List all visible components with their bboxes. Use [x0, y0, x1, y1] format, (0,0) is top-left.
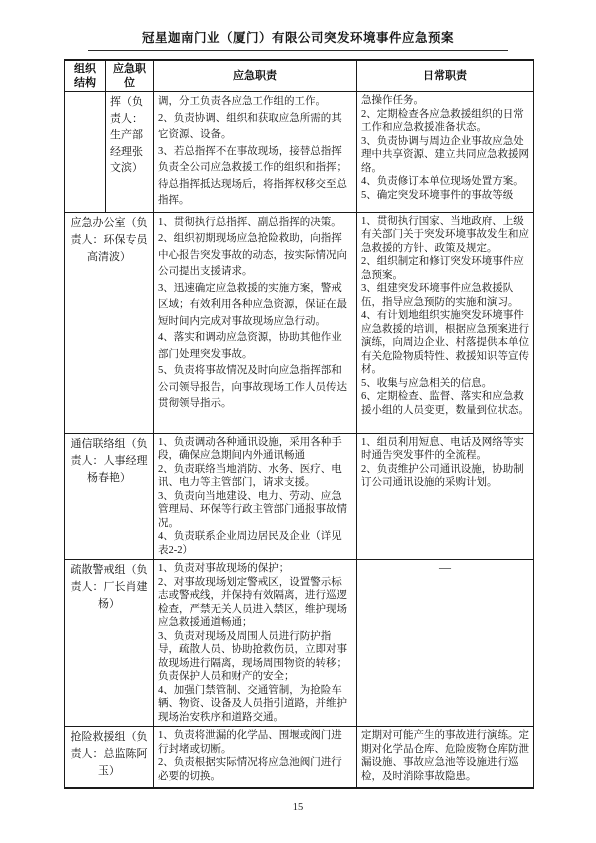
daily-duties-dash-cell: — [357, 560, 534, 727]
duty-line: 1、贯彻执行总指挥、副总指挥的决策。 [158, 215, 352, 232]
duty-line: 1、贯彻执行国家、当地政府、上级有关部门关于突发环境事故发生和应急救援的方针、政… [361, 215, 529, 256]
duty-line: 1、负责将泄漏的化学品、围堰或阀门进行封堵或切断。 [158, 729, 352, 756]
duty-line: 4、负责修订本单位现场处置方案。 [361, 175, 529, 189]
duty-line: 2、负责联络当地消防、水务、医疗、电讯、电力等主管部门，请求支援。 [158, 463, 352, 490]
table-row: 挥（负责人：生产部经理张文滨） 调，分工负责各应急工作组的工作。2、负责协调、组… [65, 92, 534, 213]
duty-line: 2、负责根据实际情况将应急池阀门进行必要的切换。 [158, 756, 352, 783]
emergency-duties-cell: 1、负责将泄漏的化学品、围堰或阀门进行封堵或切断。2、负责根据实际情况将应急池阀… [154, 727, 357, 788]
position-cell: 挥（负责人：生产部经理张文滨） [106, 92, 154, 213]
duty-line: 3、负责协调与周边企业事故应急处理中共享资源、建立共同应急救援网络。 [361, 135, 529, 176]
duty-line: 1、组员利用短息、电话及网络等实时通告突发事件的全流程。 [361, 436, 529, 463]
duty-line: 4、有计划地组织实施突发环境事件应急救援的培训，根据应急预案进行演练，向周边企业… [361, 309, 529, 377]
duty-line: 5、负责将事故情况及时向应急指挥部和公司领导报告，向事故现场工作人员传达贯彻领导… [158, 363, 352, 413]
duty-line: 急操作任务。 [361, 94, 529, 108]
duty-line: 1、负责对事故现场的保护； [158, 562, 352, 576]
duty-line: 2、对事故现场划定警戒区，设置警示标志或警戒线，并保持有效隔离，进行巡逻检查，严… [158, 576, 352, 630]
duty-line: 3、若总指挥不在事故现场，接替总指挥负责全公司应急救援工作的组织和指挥；待总指挥… [158, 144, 352, 210]
duty-line: 3、迅速确定应急救援的实施方案，警戒区域；有效利用各种应急资源，保证在最短时间内… [158, 281, 352, 331]
column-header-org-structure: 组织 结构 [65, 60, 106, 92]
duty-line: 3、组建突发环境事件应急救援队伍，指导应急预防的实施和演习。 [361, 282, 529, 309]
emergency-duties-cell: 调，分工负责各应急工作组的工作。2、负责协调、组织和获取应急所需的其它资源、设备… [154, 92, 357, 213]
duty-line: 1、负责调动各种通讯设施，采用各种手段，确保应急期间内外通讯畅通 [158, 436, 352, 463]
document-title: 冠星迦南门业（厦门）有限公司突发环境事件应急预案 [0, 28, 596, 46]
emergency-duties-cell: 1、负责调动各种通讯设施，采用各种手段，确保应急期间内外通讯畅通2、负责联络当地… [154, 433, 357, 560]
column-header-emergency-position: 应急职 位 [106, 60, 154, 92]
duty-line: 调，分工负责各应急工作组的工作。 [158, 94, 352, 111]
org-structure-cell [65, 92, 106, 213]
duty-line: 2、组织初期现场应急抢险救助，向指挥中心报告突发事故的动态，按实际情况向公司提出… [158, 231, 352, 281]
duty-line: 2、负责协调、组织和获取应急所需的其它资源、设备。 [158, 111, 352, 144]
table-row: 通信联络组（负责人：人事经理杨春艳） 1、负责调动各种通讯设施，采用各种手段，确… [65, 433, 534, 560]
daily-duties-cell: 急操作任务。2、定期检查各应急救援组织的日常工作和应急救援准备状态。3、负责协调… [357, 92, 534, 213]
group-name-cell: 抢险救援组（负责人：总监陈阿玉） [65, 727, 154, 788]
table-header-row: 组织 结构 应急职 位 应急职责 日常职责 [65, 60, 534, 92]
header-rule [88, 50, 508, 51]
duty-line: 2、定期检查各应急救援组织的日常工作和应急救援准备状态。 [361, 108, 529, 135]
duty-line: 6、定期检查、监督、落实和应急救援小组的人员变更，数量到位状态。 [361, 390, 529, 417]
document-page: 冠星迦南门业（厦门）有限公司突发环境事件应急预案 组织 结构 应急职 位 应急职… [0, 0, 596, 843]
emergency-duties-cell: 1、负责对事故现场的保护；2、对事故现场划定警戒区，设置警示标志或警戒线，并保持… [154, 560, 357, 727]
duty-line: 定期对可能产生的事故进行演练。定期对化学品仓库、危险废物仓库防泄漏设施、事故应急… [361, 729, 529, 783]
table-row: 抢险救援组（负责人：总监陈阿玉） 1、负责将泄漏的化学品、围堰或阀门进行封堵或切… [65, 727, 534, 788]
duties-table: 组织 结构 应急职 位 应急职责 日常职责 挥（负责人：生产部经理张文滨） 调，… [64, 59, 534, 789]
duty-line: 4、负责联系企业周边居民及企业（详见表2-2） [158, 530, 352, 557]
duty-line: 4、落实和调动应急资源，协助其他作业部门处理突发事故。 [158, 330, 352, 363]
duty-line: 2、负责维护公司通讯设施，协助制订公司通讯设施的采购计划。 [361, 463, 529, 490]
table-row: 疏散警戒组（负责人：厂长肖建杨） 1、负责对事故现场的保护；2、对事故现场划定警… [65, 560, 534, 727]
page-number: 15 [0, 802, 596, 813]
duty-line: 4、加强门禁管制、交通管制，为抢险车辆、物资、设备及人员指引道路，并维护现场治安… [158, 684, 352, 725]
column-header-daily-duties: 日常职责 [357, 60, 534, 92]
duty-line: 2、组织制定和修订突发环境事件应急预案。 [361, 255, 529, 282]
column-header-emergency-duties: 应急职责 [154, 60, 357, 92]
document-header: 冠星迦南门业（厦门）有限公司突发环境事件应急预案 [0, 0, 596, 51]
daily-duties-cell: 1、组员利用短息、电话及网络等实时通告突发事件的全流程。2、负责维护公司通讯设施… [357, 433, 534, 560]
duty-line: 5、收集与应急相关的信息。 [361, 377, 529, 391]
daily-duties-cell: 1、贯彻执行国家、当地政府、上级有关部门关于突发环境事故发生和应急救援的方针、政… [357, 212, 534, 433]
daily-duties-cell: 定期对可能产生的事故进行演练。定期对化学品仓库、危险废物仓库防泄漏设施、事故应急… [357, 727, 534, 788]
emergency-duties-cell: 1、贯彻执行总指挥、副总指挥的决策。2、组织初期现场应急抢险救助，向指挥中心报告… [154, 212, 357, 433]
group-name-cell: 通信联络组（负责人：人事经理杨春艳） [65, 433, 154, 560]
duty-line: 3、负责对现场及周围人员进行防护指导，疏散人员、协助抢救伤员，立即对事故现场进行… [158, 630, 352, 684]
group-name-cell: 应急办公室（负责人：环保专员高清波） [65, 212, 154, 433]
group-name-cell: 疏散警戒组（负责人：厂长肖建杨） [65, 560, 154, 727]
table-row: 应急办公室（负责人：环保专员高清波） 1、贯彻执行总指挥、副总指挥的决策。2、组… [65, 212, 534, 433]
duty-line: 5、确定突发环境事件的事故等级 [361, 189, 529, 203]
duty-line: 3、负责向当地建设、电力、劳动、应急管理局、环保等行政主管部门通报事故情况。 [158, 490, 352, 531]
